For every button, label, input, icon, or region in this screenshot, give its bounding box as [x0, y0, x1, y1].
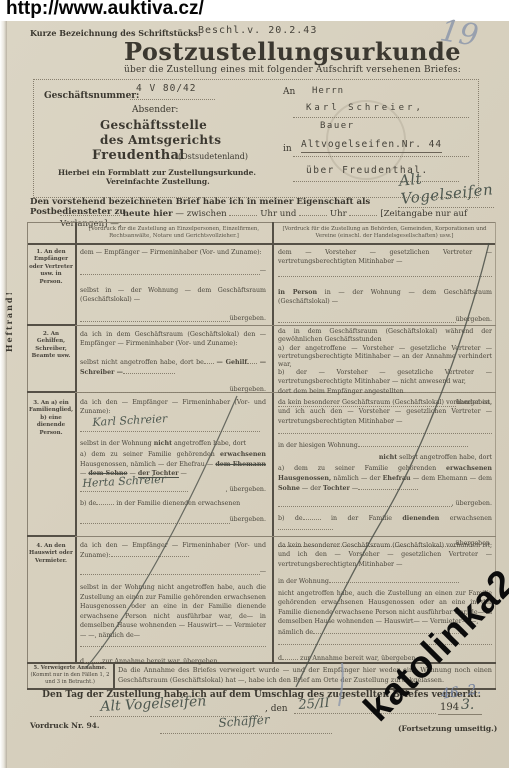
blank-line-with-dash: —	[80, 567, 266, 576]
dotted-fill	[80, 574, 260, 575]
dotted-blank	[84, 656, 100, 663]
handwritten-date: 25/II	[298, 696, 330, 713]
row3-right-ehefrau: Ehefrau	[383, 475, 411, 482]
dotted-blank	[329, 576, 459, 583]
dash-end: —	[260, 567, 266, 576]
dotted-blank	[349, 209, 377, 216]
row3-right-p5d: erwachsenen	[439, 515, 492, 522]
row3-right-p5a: b) de	[278, 515, 303, 522]
table-left-rule	[27, 222, 28, 688]
row3-left-p3i: —	[179, 470, 187, 477]
row1-bottom-rule-heavy	[27, 324, 75, 326]
dotted-blank	[60, 209, 120, 216]
dotted-blank	[111, 550, 189, 557]
row3-left-p2c: angetroffen habe, dort	[172, 440, 246, 447]
row4-right-p2: in der Wohnung	[278, 578, 329, 585]
sender-line2: des Amtsgerichts	[100, 133, 221, 147]
case-number-label: Geschäftsnummer:	[44, 91, 139, 101]
row3-right-nicht: nicht	[379, 454, 397, 461]
page-title: Postzustellungsurkunde	[85, 37, 500, 66]
row2-left-cell: da ich in dem Geschäftsraum (Geschäftslo…	[80, 330, 266, 394]
uebergeben-word: übergeben.	[230, 515, 266, 524]
dotted-blank-line	[130, 99, 215, 100]
continuation-note: (Fortsetzung umseitig.)	[398, 724, 497, 733]
row3-left-p4a: b) de	[80, 500, 96, 507]
dotted-fill	[80, 523, 230, 524]
row3-right-cell: da kein besonderer Geschäftsraum (Geschä…	[278, 398, 492, 548]
row2-right-p2: a) der angetroffene — Vorsteher — gesetz…	[278, 345, 492, 370]
signature-blank-line	[160, 733, 332, 734]
uebergeben-word: übergeben.	[456, 315, 492, 324]
row3-left-name2-entry: Herta Schreier , übergeben.	[80, 479, 266, 495]
row3-left-p3c: Hausgenossen, nämlich — der Ehefrau —	[80, 461, 215, 468]
row4-right-p1: da kein besonderer Geschäftsraum (Geschä…	[278, 541, 492, 569]
year-printed: 194	[440, 702, 459, 713]
handwritten-name-1: Karl Schreier	[92, 411, 168, 431]
dotted-blank	[404, 386, 474, 393]
dotted-blank	[282, 653, 298, 660]
row3-right-p2: in der hiesigen Wohnung	[278, 442, 358, 449]
uebergeben-word: übergeben.	[230, 314, 266, 323]
dotted-blank	[229, 209, 257, 216]
blank-line-with-dash: —	[80, 266, 266, 275]
row3-left-ehemann-struck: dem Ehemann	[215, 461, 266, 468]
row3-left-p2a: selbst in der Wohnung	[80, 440, 154, 447]
right-column-header: [Vordruck für die Zustellung an Behörden…	[277, 226, 492, 241]
intro-uhr: Uhr	[330, 209, 347, 219]
row4-left-p2: selbst in der Wohnung nicht angetroffen …	[80, 583, 266, 640]
left-column-header: [Vordruck für die Zustellung an Einzelpe…	[80, 226, 268, 241]
case-number-value: 4 V 80/42	[136, 83, 196, 94]
sender-region: (Ostsudetenland)	[178, 152, 248, 161]
row3-bottom-rule-heavy	[27, 535, 75, 537]
row3-left-nicht: nicht	[154, 440, 172, 447]
table-mid-col-rule	[272, 222, 274, 662]
dotted-blank	[299, 209, 327, 216]
row4-left-cell: da ich den — Empfänger — Firmeninhaber (…	[80, 541, 266, 666]
an-label: An	[283, 87, 295, 97]
recipient-street: Altvogelseifen.Nr. 44	[301, 139, 442, 153]
dotted-blank	[278, 523, 333, 530]
uebergeben-line: übergeben.	[80, 314, 266, 323]
dotted-blank-line	[278, 433, 492, 434]
row3-right-sohne: Sohne	[278, 485, 300, 492]
row3-right-p4a: a) dem zu seiner Familie gehörenden	[278, 465, 446, 472]
url-watermark: http://www.auktiva.cz/	[6, 0, 204, 20]
row3-right-tochter: Tochter	[323, 485, 350, 492]
intro-uhr-und: Uhr und	[260, 209, 296, 219]
dotted-blank-line	[278, 276, 492, 277]
dash-end: —	[260, 266, 266, 275]
dotted-blank-line	[80, 646, 266, 647]
row3-right-p4g: — der	[300, 485, 323, 492]
row5-label-line2: (Kommt nur in den Fällen 1, 2 und 3 in B…	[29, 672, 111, 686]
dotted-blank	[358, 440, 468, 447]
row1-bottom-rule	[27, 325, 496, 326]
scan-edge-shadow	[0, 21, 7, 768]
row2-left-p2a: selbst nicht angetroffen habe, dort be	[80, 359, 204, 366]
row5-label: 5. Verweigerte Annahme. (Kommt nur in de…	[29, 665, 111, 686]
row3-left-erwachsenen: erwachsenen	[220, 451, 266, 458]
table-label-col-rule	[75, 222, 77, 662]
row2-label: 2. An Gehilfen, Schreiber, Beamte usw.	[29, 331, 73, 361]
uebergeben-line: , übergeben.	[278, 499, 492, 508]
dotted-blank-line	[398, 207, 494, 208]
row1-left-p2: selbst in — der Wohnung — dem Geschäftsr…	[80, 286, 266, 305]
dotted-fill	[80, 392, 230, 393]
row3-right-p4i: —	[350, 485, 358, 492]
form-number: Vordruck Nr. 94.	[30, 721, 100, 730]
dotted-blank	[123, 367, 175, 374]
row3-left-name-entry: Karl Schreier	[80, 417, 266, 435]
dotted-blank-line	[293, 156, 469, 157]
row3-left-p3a: a) dem zu seiner Familie gehörenden	[80, 451, 220, 458]
in-label: in	[283, 144, 292, 154]
row2-right-p1: da in dem Geschäftsraum (Geschäftslokal)…	[278, 328, 492, 345]
row3-right-p3b: selbst angetroffen habe, dort	[397, 454, 492, 461]
row1-right-p1: dem — Vorsteher — gesetzlichen Vertreter…	[278, 248, 492, 267]
uebergeben-line: übergeben.	[80, 385, 266, 394]
row3-right-p4e: — dem Ehemann — dem	[411, 475, 492, 482]
intro-heute-hier: heute hier	[123, 209, 173, 219]
year-underline	[438, 714, 482, 715]
intro-zwischen: — zwischen	[175, 209, 226, 219]
uebergeben-line: übergeben.	[278, 315, 492, 324]
row2-right-p4: dort dem beim Empfänger angestellten	[278, 388, 404, 395]
dotted-blank-line	[80, 431, 260, 432]
row3-right-p5b: in der Familie	[331, 515, 402, 522]
vermerkt-line: Den Tag der Zustellung habe ich auf dem …	[27, 690, 496, 700]
uebergeben-word: , übergeben.	[226, 485, 266, 494]
recipient-name: Karl Schreier,	[306, 103, 424, 113]
row3-label: 3. An a) ein Familienglied, b) eine dien…	[29, 400, 73, 437]
date-blank-line	[294, 713, 436, 714]
row2-right-cell: da in dem Geschäftsraum (Geschäftslokal)…	[278, 328, 492, 408]
row3-left-p4b: in der Familie dienenden erwachsenen	[116, 500, 240, 507]
row1-right-inperson: in Person	[278, 289, 317, 296]
row3-right-p4c: nämlich — der	[331, 475, 382, 482]
recipient-salutation: Herrn	[312, 86, 344, 96]
row2-bottom-rule-heavy	[27, 391, 75, 393]
row1-left-p1: dem — Empfänger — Firmeninhaber (Vor- un…	[80, 248, 266, 257]
dotted-blank	[96, 498, 114, 505]
row3-right-dienenden: dienenden	[402, 515, 439, 522]
table-top-rule	[27, 222, 496, 223]
margin-heftrand-label: Heftrand!	[4, 290, 14, 352]
dotted-fill	[278, 322, 456, 323]
row2-left-p1: da ich in dem Geschäftsraum (Geschäftslo…	[80, 330, 266, 349]
dotted-fill	[80, 321, 230, 322]
sender-label: Absender:	[132, 105, 178, 115]
dotted-blank-line	[293, 117, 469, 118]
row2-left-p2b: — Gehilf	[217, 359, 248, 366]
dotted-blank	[303, 513, 321, 520]
row1-right-cell: dem — Vorsteher — gesetzlichen Vertreter…	[278, 248, 492, 324]
dotted-blank	[204, 357, 214, 364]
row1-label: 1. An den Empfänger oder Vertreter usw. …	[29, 249, 73, 286]
table-header-rule	[27, 243, 496, 245]
row2-right-p3: b) der — Vorsteher — gesetzliche Vertret…	[278, 369, 492, 386]
row1-left-cell: dem — Empfänger — Firmeninhaber (Vor- un…	[80, 248, 266, 323]
row4-left-p3b: zur Annahme bereit war, übergeben.	[102, 658, 219, 665]
recipient-occupation: Bauer	[320, 121, 355, 131]
enclosure-note-1: Hierbei ein Formblatt zur Zustellungsurk…	[58, 168, 256, 177]
sender-line3: Freudenthal	[92, 148, 185, 163]
handwritten-name-2: Herta Schreier	[82, 471, 166, 492]
dotted-blank	[358, 483, 418, 490]
dotted-blank	[247, 357, 257, 364]
row5-label-line1: 5. Verweigerte Annahme.	[29, 665, 111, 672]
uebergeben-word: , übergeben.	[452, 499, 492, 508]
uebergeben-word: übergeben.	[230, 385, 266, 394]
short-desc-value: Beschl.v. 20.2.43	[198, 25, 317, 36]
uebergeben-line: übergeben.	[80, 515, 266, 524]
row4-label: 4. An den Hauswirt oder Vermieter.	[29, 543, 73, 565]
row3-left-cell: da ich den — Empfänger — Firmeninhaber (…	[80, 398, 266, 525]
dotted-fill	[80, 274, 260, 275]
sender-line1: Geschäftsstelle	[100, 118, 207, 132]
enclosure-note-2: Vereinfachte Zustellung.	[106, 177, 210, 186]
row4-right-p4: nämlich de	[278, 629, 313, 636]
row3-right-p1: da kein besonderer Geschäftsraum (Geschä…	[278, 398, 492, 426]
page-subtitle: über die Zustellung eines mit folgender …	[85, 65, 500, 75]
dotted-fill	[278, 506, 452, 507]
